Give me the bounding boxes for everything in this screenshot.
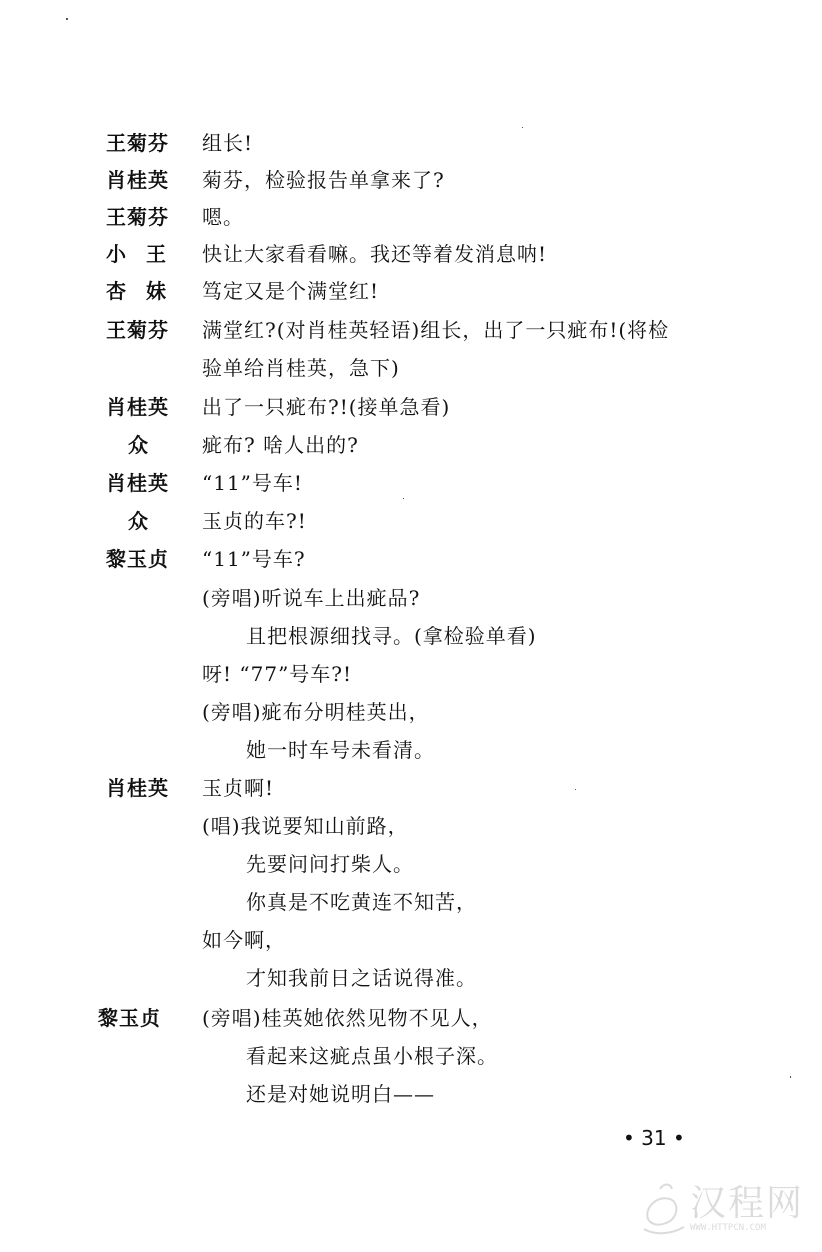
watermark-text: 汉程网 <box>690 1175 804 1226</box>
speaker-name: 黎玉贞 <box>106 541 178 577</box>
dialogue-line: 肖桂英“11”号车! <box>0 465 822 501</box>
dialogue-text: (旁唱)疵布分明桂英出， <box>202 694 430 730</box>
dialogue-line: 王菊芬组长! <box>0 125 822 161</box>
dialogue-line: 肖桂英菊芬，检验报告单拿来了? <box>0 162 822 198</box>
dialogue-text: 出了一只疵布?!(接单急看) <box>202 389 450 425</box>
speaker-name: 王菊芬 <box>106 125 178 161</box>
dialogue-line: 黎玉贞(旁唱)桂英她依然见物不见人， <box>0 1000 822 1036</box>
speaker-name: 王菊芬 <box>106 312 178 348</box>
scan-speck <box>66 18 68 20</box>
dialogue-text: 玉贞啊! <box>202 770 274 806</box>
watermark-logo-icon <box>640 1179 688 1239</box>
dialogue-line: 如今啊， <box>0 922 822 958</box>
dialogue-line: (旁唱)听说车上出疵品? <box>0 580 822 616</box>
speaker-name: 王菊芬 <box>106 199 178 235</box>
dialogue-line: 王菊芬嗯。 <box>0 199 822 235</box>
dialogue-line: 呀! “77”号车?! <box>0 656 822 692</box>
watermark-url: WWW.HTTPCN.COM <box>690 1223 766 1233</box>
dialogue-text: (旁唱)桂英她依然见物不见人， <box>202 1000 493 1036</box>
dialogue-text: 看起来这疵点虽小根子深。 <box>246 1038 498 1074</box>
speaker-name: 肖桂英 <box>106 465 178 501</box>
dialogue-text: 嗯。 <box>202 199 244 235</box>
scan-speck <box>522 127 523 128</box>
dialogue-line: (旁唱)疵布分明桂英出， <box>0 694 822 730</box>
dialogue-text: 才知我前日之话说得准。 <box>246 960 477 996</box>
dialogue-line: 验单给肖桂英，急下) <box>0 350 822 386</box>
watermark: 汉程网 WWW.HTTPCN.COM <box>640 1175 820 1245</box>
dialogue-text: 她一时车号未看清。 <box>246 732 435 768</box>
speaker-name: 黎玉贞 <box>98 1000 170 1036</box>
dialogue-text: 你真是不吃黄连不知苦， <box>246 884 477 920</box>
dialogue-text: 笃定又是个满堂红! <box>202 273 379 309</box>
dialogue-line: 肖桂英出了一只疵布?!(接单急看) <box>0 389 822 425</box>
dialogue-text: “11”号车! <box>202 465 303 501</box>
dialogue-text: 菊芬，检验报告单拿来了? <box>202 162 445 198</box>
dialogue-text: 验单给肖桂英，急下) <box>202 350 400 386</box>
dialogue-line: 王菊芬满堂红?(对肖桂英轻语)组长，出了一只疵布!(将检 <box>0 312 822 348</box>
dialogue-text: 且把根源细找寻。(拿检验单看) <box>246 618 537 654</box>
dialogue-line: 还是对她说明白—— <box>0 1076 822 1112</box>
dialogue-text: (旁唱)听说车上出疵品? <box>202 580 420 616</box>
speaker-name: 众 <box>128 503 200 539</box>
speaker-name: 众 <box>128 427 200 463</box>
dialogue-line: 你真是不吃黄连不知苦， <box>0 884 822 920</box>
dialogue-line: 才知我前日之话说得准。 <box>0 960 822 996</box>
dialogue-line: 她一时车号未看清。 <box>0 732 822 768</box>
dialogue-line: 且把根源细找寻。(拿检验单看) <box>0 618 822 654</box>
dialogue-text: 疵布? 啥人出的? <box>202 427 359 463</box>
speaker-name: 肖桂英 <box>106 770 178 806</box>
scan-speck <box>403 498 404 499</box>
page-number: • 31 • <box>623 1126 685 1150</box>
dialogue-line: 先要问问打柴人。 <box>0 846 822 882</box>
dialogue-line: (唱)我说要知山前路， <box>0 808 822 844</box>
speaker-name: 肖桂英 <box>106 389 178 425</box>
speaker-name: 小 王 <box>106 236 178 272</box>
speaker-name: 杏 妹 <box>106 273 178 309</box>
dialogue-text: 还是对她说明白—— <box>246 1076 435 1112</box>
dialogue-line: 众疵布? 啥人出的? <box>0 427 822 463</box>
dialogue-text: “11”号车? <box>202 541 306 577</box>
scan-speck <box>790 1076 791 1078</box>
dialogue-text: 快让大家看看嘛。我还等着发消息呐! <box>202 236 547 272</box>
dialogue-line: 看起来这疵点虽小根子深。 <box>0 1038 822 1074</box>
dialogue-line: 黎玉贞“11”号车? <box>0 541 822 577</box>
dialogue-text: 组长! <box>202 125 253 161</box>
scan-speck <box>575 789 576 790</box>
dialogue-line: 小 王快让大家看看嘛。我还等着发消息呐! <box>0 236 822 272</box>
dialogue-text: 呀! “77”号车?! <box>202 656 352 692</box>
dialogue-text: 先要问问打柴人。 <box>246 846 414 882</box>
dialogue-text: (唱)我说要知山前路， <box>202 808 409 844</box>
dialogue-text: 玉贞的车?! <box>202 503 307 539</box>
dialogue-line: 肖桂英玉贞啊! <box>0 770 822 806</box>
dialogue-line: 杏 妹笃定又是个满堂红! <box>0 273 822 309</box>
dialogue-line: 众玉贞的车?! <box>0 503 822 539</box>
dialogue-text: 满堂红?(对肖桂英轻语)组长，出了一只疵布!(将检 <box>202 312 669 348</box>
speaker-name: 肖桂英 <box>106 162 178 198</box>
dialogue-text: 如今啊， <box>202 922 286 958</box>
